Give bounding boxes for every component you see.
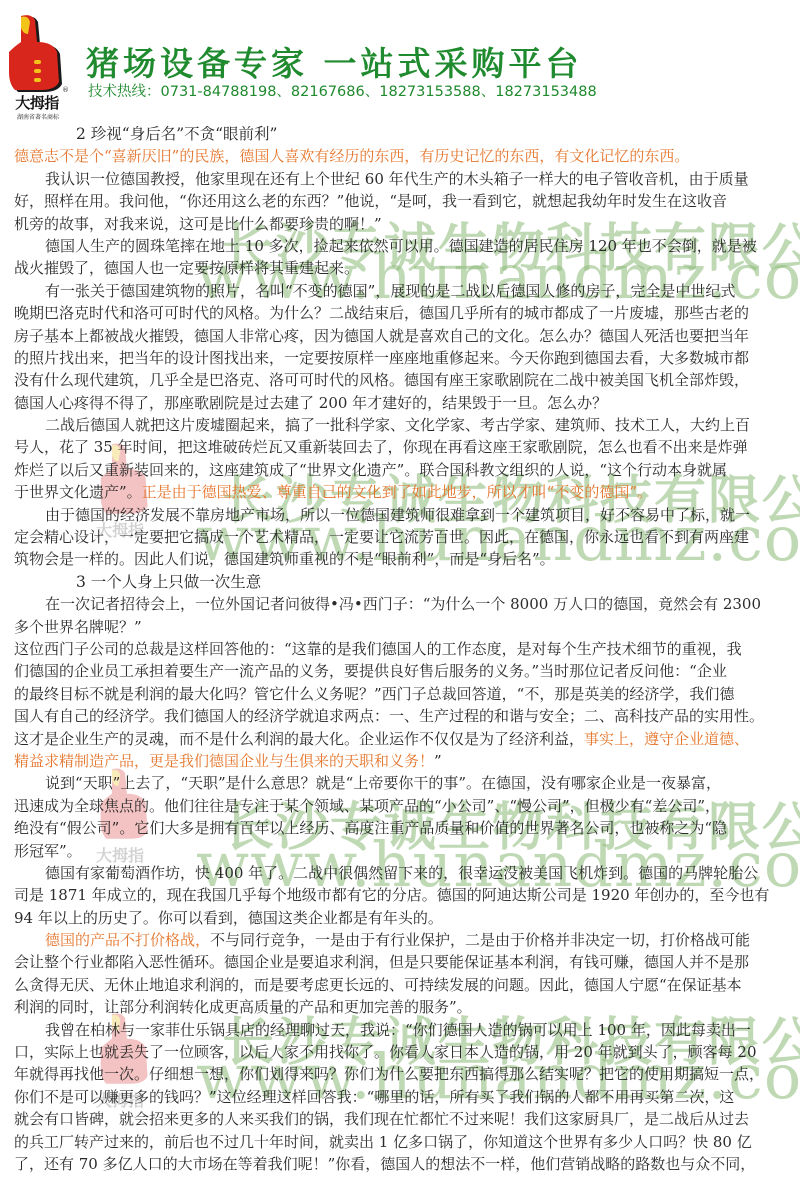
body-text: 迅速成为全球焦点的。他们往往是专注于某个领域、某项产品的“小公司”、“慢公司”，… xyxy=(14,797,720,815)
body-text: 多个世界名牌呢？” xyxy=(14,618,142,636)
body-line: 们德国的企业员工承担着要生产一流产品的义务，要提供良好售后服务的义务。”当时那位… xyxy=(14,660,786,682)
paragraph-first-line: 我认识一位德国教授，他家里现在还有上个世纪 60 年代生产的木头箱子一样大的电子… xyxy=(14,168,786,190)
body-text: 这位西门子公司的总裁是这样回答他的：“这靠的是我们德国人的工作态度，是对每个生产… xyxy=(14,640,742,658)
body-text: 年就得再找他一次。仔细想一想，你们划得来吗？你们为什么要把东西搞得那么结实呢？把… xyxy=(14,1065,764,1083)
body-line: 德国人心疼得不得了，那座歌剧院是过去建了 200 年才建好的，结果毁于一旦。怎么… xyxy=(14,392,786,414)
body-line: 就会有口皆碑，就会招来更多的人来买我们的锅，我们现在忙都忙不过来呢！我们这家厨具… xyxy=(14,1108,786,1130)
body-text: 二战后德国人就把这片废墟圈起来，搞了一批科学家、文化学家、考古学家、建筑师、技术… xyxy=(45,416,750,434)
body-line: 号人，花了 35 年时间，把这堆破砖烂瓦又重新装回去了，你现在再看这座王家歌剧院… xyxy=(14,436,786,458)
body-text: 机旁的故事，对我来说，这可是比什么都要珍贵的啊！” xyxy=(14,215,382,233)
body-line: 这才是企业生产的灵魂，而不是什么利润的最大化。企业运作不仅仅是为了经济利益，事实… xyxy=(14,728,786,750)
body-text: 炸烂了以后又重新装回来的，这座建筑成了“世界文化遗产”。联合国科教文组织的人说，… xyxy=(14,461,727,479)
body-text: 司是 1871 年成立的，现在我国几乎每个地级市都有它的分店。德国的阿迪达斯公司… xyxy=(14,886,769,904)
body-text: 形冠军”。 xyxy=(14,842,82,860)
body-text: 说到“天职”上去了，“天职”是什么意思？就是“上帝要你干的事”。在德国，没有哪家… xyxy=(45,774,721,792)
body-text: 会让整个行业都陷入恶性循环。德国企业是要追求利润，但是只要能保证基本利润，有钱可… xyxy=(14,953,749,971)
body-line: 于世界文化遗产”。正是由于德国热爱、尊重自己的文化到了如此地步，所以才叫“不变的… xyxy=(14,481,786,503)
body-text: 就会有口皆碑，就会招来更多的人来买我们的锅，我们现在忙都忙不过来呢！我们这家厨具… xyxy=(14,1110,749,1128)
body-text: 没有什么现代建筑，几乎全是巴洛克、洛可可时代的风格。德国有座王家歌剧院在二战中被… xyxy=(14,371,749,389)
body-text: 国人有自己的经济学。我们德国人的经济学就追求两点：一、生产过程的和谐与安全；二、… xyxy=(14,707,764,725)
body-line: 战火摧毁了，德国人也一定要按原样将其重建起来。 xyxy=(14,257,786,279)
section-heading: 2 珍视“身后名”不贪“眼前利” xyxy=(14,123,786,145)
body-text: 有一张关于德国建筑物的照片，名叫“不变的德国”，展现的是二战以后德国人修的房子，… xyxy=(45,282,735,300)
body-line: 的照片找出来，把当年的设计图找出来，一定要按原样一座座地重修起来。今天你跑到德国… xyxy=(14,347,786,369)
logo-subtitle: 湖南省著名商标 xyxy=(6,112,70,121)
body-line: 晚期巴洛克时代和洛可可时代的风格。为什么？二战结束后，德国几乎所有的城市都成了一… xyxy=(14,302,786,324)
paragraph-first-line: 我曾在柏林与一家菲仕乐锅具店的经理聊过天，我说：“你们德国人造的锅可以用上 10… xyxy=(14,1019,786,1041)
body-text: 房子基本上都被战火摧毁，德国人非常心疼，因为德国人就是喜欢自己的文化。怎么办？德… xyxy=(14,327,749,345)
article-body: 2 珍视“身后名”不贪“眼前利”德意志不是个“喜新厌旧”的民族，德国人喜欢有经历… xyxy=(14,123,786,1175)
highlight-line: 德意志不是个“喜新厌旧”的民族，德国人喜欢有经历的东西，有历史记忆的东西，有文化… xyxy=(14,145,786,167)
body-line: 的兵工厂转产过来的，前后也不过几十年时间，就卖出 1 亿多口锅了，你知道这个世界… xyxy=(14,1131,786,1153)
body-line: 形冠军”。 xyxy=(14,840,786,862)
body-text: 这才是企业生产的灵魂，而不是什么利润的最大化。企业运作不仅仅是为了经济利益， xyxy=(14,730,584,748)
body-text: 我认识一位德国教授，他家里现在还有上个世纪 60 年代生产的木头箱子一样大的电子… xyxy=(45,170,749,188)
paragraph-first-line: 德国有家葡萄酒作坊，快 400 年了。二战中很偶然留下来的，很幸运没被美国飞机炸… xyxy=(14,862,786,884)
highlight-text: 正是由于德国热爱、尊重自己的文化到了如此地步，所以才叫“不变的德国”。 xyxy=(142,483,652,501)
body-text: 德国人生产的圆珠笔摔在地上 10 多次，捡起来依然可以用。德国建造的居民住房 1… xyxy=(45,237,757,255)
body-line: 的最终目标不就是利润的最大化吗？管它什么义务呢？”西门子总裁回答道，“不，那是英… xyxy=(14,683,786,705)
body-text: 由于德国的经济发展不靠房地产市场，所以一位德国建筑师很难拿到一个建筑项目，好不容… xyxy=(45,506,750,524)
body-text: 德国人心疼得不得了，那座歌剧院是过去建了 200 年才建好的，结果毁于一旦。怎么… xyxy=(14,394,607,412)
body-text: 筑物会是一样的。因此人们说，德国建筑师重视的不是“眼前利”，而是“身后名”。 xyxy=(14,550,555,568)
thumbs-up-icon xyxy=(4,14,68,94)
body-text: 德国有家葡萄酒作坊，快 400 年了。二战中很偶然留下来的，很幸运没被美国飞机炸… xyxy=(45,864,758,882)
paragraph-first-line: 德国的产品不打价格战，不与同行竞争，一是由于有行业保护，二是由于价格并非决定一切… xyxy=(14,929,786,951)
body-text: 于世界文化遗产”。 xyxy=(14,483,142,501)
body-line: 机旁的故事，对我来说，这可是比什么都要珍贵的啊！” xyxy=(14,213,786,235)
highlight-text: 德国的产品不打价格战， xyxy=(45,931,210,949)
body-text: 们德国的企业员工承担着要生产一流产品的义务，要提供良好售后服务的义务。”当时那位… xyxy=(14,662,727,680)
brand-logo: 大拇指 ® 湖南省著名商标 xyxy=(4,14,68,114)
body-line: 利润的同时，让部分利润转化成更高质量的产品和更加完善的服务”。 xyxy=(14,996,786,1018)
body-line: 绝没有“假公司”。它们大多是拥有百年以上经历、高度注重产品质量和价值的世界著名公… xyxy=(14,817,786,839)
body-line: 94 年以上的历史了。你可以看到，德国这类企业都是有年头的。 xyxy=(14,907,786,929)
body-line: 没有什么现代建筑，几乎全是巴洛克、洛可可时代的风格。德国有座王家歌剧院在二战中被… xyxy=(14,369,786,391)
body-text: 的兵工厂转产过来的，前后也不过几十年时间，就卖出 1 亿多口锅了，你知道这个世界… xyxy=(14,1133,752,1151)
body-text: 绝没有“假公司”。它们大多是拥有百年以上经历、高度注重产品质量和价值的世界著名公… xyxy=(14,819,727,837)
paragraph-first-line: 德国人生产的圆珠笔摔在地上 10 多次，捡起来依然可以用。德国建造的居民住房 1… xyxy=(14,235,786,257)
body-text: 94 年以上的历史了。你可以看到，德国这类企业都是有年头的。 xyxy=(14,909,443,927)
body-line: 筑物会是一样的。因此人们说，德国建筑师重视的不是“眼前利”，而是“身后名”。 xyxy=(14,548,786,570)
heading-text: 3 一个人身上只做一次生意 xyxy=(76,573,261,591)
body-line: 房子基本上都被战火摧毁，德国人非常心疼，因为德国人就是喜欢自己的文化。怎么办？德… xyxy=(14,325,786,347)
body-text: 的最终目标不就是利润的最大化吗？管它什么义务呢？”西门子总裁回答道，“不，那是英… xyxy=(14,685,734,703)
body-line: 会让整个行业都陷入恶性循环。德国企业是要追求利润，但是只要能保证基本利润，有钱可… xyxy=(14,951,786,973)
body-line: 你们不是可以赚更多的钱吗？”这位经理这样回答我：“哪里的话，所有买了我们锅的人都… xyxy=(14,1086,786,1108)
body-line: 好，照样在用。我问他，“你还用这么老的东西？”他说，“是呵，我一看到它，就想起我… xyxy=(14,190,786,212)
body-text: 号人，花了 35 年时间，把这堆破砖烂瓦又重新装回去了，你现在再看这座王家歌剧院… xyxy=(14,438,748,456)
body-text: 好，照样在用。我问他，“你还用这么老的东西？”他说，“是呵，我一看到它，就想起我… xyxy=(14,192,727,210)
body-text: 的照片找出来，把当年的设计图找出来，一定要按原样一座座地重修起来。今天你跑到德国… xyxy=(14,349,749,367)
body-text: 我曾在柏林与一家菲仕乐锅具店的经理聊过天，我说：“你们德国人造的锅可以用上 10… xyxy=(45,1021,751,1039)
body-line: 多个世界名牌呢？” xyxy=(14,616,786,638)
body-text: 不与同行竞争，一是由于有行业保护，二是由于价格并非决定一切，打价格战可能 xyxy=(210,931,750,949)
paragraph-first-line: 由于德国的经济发展不靠房地产市场，所以一位德国建筑师很难拿到一个建筑项目，好不容… xyxy=(14,504,786,526)
body-text: 口，实际上也就丢失了一位顾客，以后人家不用找你了。你看人家日本人造的锅，用 20… xyxy=(14,1043,756,1061)
heading-text: 2 珍视“身后名”不贪“眼前利” xyxy=(76,125,278,143)
registered-mark: ® xyxy=(62,86,69,94)
body-line: 定会精心设计，一定要把它搞成一个艺术精品，一定要让它流芳百世。因此，在德国，你永… xyxy=(14,526,786,548)
body-line: 这位西门子公司的总裁是这样回答他的：“这靠的是我们德国人的工作态度，是对每个生产… xyxy=(14,638,786,660)
paragraph-first-line: 二战后德国人就把这片废墟圈起来，搞了一批科学家、文化学家、考古学家、建筑师、技术… xyxy=(14,414,786,436)
body-line: 了，还有 70 多亿人口的大市场在等着我们呢！”你看，德国人的想法不一样，他们营… xyxy=(14,1153,786,1175)
body-line: 国人有自己的经济学。我们德国人的经济学就追求两点：一、生产过程的和谐与安全；二、… xyxy=(14,705,786,727)
body-line: 炸烂了以后又重新装回来的，这座建筑成了“世界文化遗产”。联合国科教文组织的人说，… xyxy=(14,459,786,481)
highlight-text: 事实上，遵守企业道德、 xyxy=(584,730,749,748)
body-text: 么贪得无厌、无休止地追求利润的，而是要考虑更长远的、可持续发展的问题。因此，德国… xyxy=(14,976,742,994)
highlight-text: 德意志不是个“喜新厌旧”的民族，德国人喜欢有经历的东西，有历史记忆的东西，有文化… xyxy=(14,147,689,165)
body-line: 司是 1871 年成立的，现在我国几乎每个地级市都有它的分店。德国的阿迪达斯公司… xyxy=(14,884,786,906)
body-text: 定会精心设计，一定要把它搞成一个艺术精品，一定要让它流芳百世。因此，在德国，你永… xyxy=(14,528,749,546)
paragraph-first-line: 在一次记者招待会上，一位外国记者问彼得•冯•西门子：“为什么一个 8000 万人… xyxy=(14,593,786,615)
highlight-text: 精益求精制造产品，更是我们德国企业与生俱来的天职和义务！ xyxy=(14,752,434,770)
logo-brand-name: 大拇指 xyxy=(6,92,68,113)
hotline-text: 技术热线：0731-84788198、82167686、18273153588、… xyxy=(88,80,597,101)
section-heading: 3 一个人身上只做一次生意 xyxy=(14,571,786,593)
body-text: 了，还有 70 多亿人口的大市场在等着我们呢！”你看，德国人的想法不一样，他们营… xyxy=(14,1155,755,1173)
body-line: 么贪得无厌、无休止地追求利润的，而是要考虑更长远的、可持续发展的问题。因此，德国… xyxy=(14,974,786,996)
paragraph-first-line: 有一张关于德国建筑物的照片，名叫“不变的德国”，展现的是二战以后德国人修的房子，… xyxy=(14,280,786,302)
body-line: 年就得再找他一次。仔细想一想，你们划得来吗？你们为什么要把东西搞得那么结实呢？把… xyxy=(14,1063,786,1085)
paragraph-first-line: 说到“天职”上去了，“天职”是什么意思？就是“上帝要你干的事”。在德国，没有哪家… xyxy=(14,772,786,794)
body-text: 晚期巴洛克时代和洛可可时代的风格。为什么？二战结束后，德国几乎所有的城市都成了一… xyxy=(14,304,749,322)
body-text: ” xyxy=(434,752,442,770)
body-text: 你们不是可以赚更多的钱吗？”这位经理这样回答我：“哪里的话，所有买了我们锅的人都… xyxy=(14,1088,734,1106)
body-text: 在一次记者招待会上，一位外国记者问彼得•冯•西门子：“为什么一个 8000 万人… xyxy=(45,595,761,613)
page-header: 大拇指 ® 湖南省著名商标 猪场设备专家 一站式采购平台 技术热线：0731-8… xyxy=(0,0,800,118)
header-slogan: 猪场设备专家 一站式采购平台 xyxy=(86,38,583,85)
body-line: 迅速成为全球焦点的。他们往往是专注于某个领域、某项产品的“小公司”、“慢公司”，… xyxy=(14,795,786,817)
body-text: 利润的同时，让部分利润转化成更高质量的产品和更加完善的服务”。 xyxy=(14,998,472,1016)
body-line: 口，实际上也就丢失了一位顾客，以后人家不用找你了。你看人家日本人造的锅，用 20… xyxy=(14,1041,786,1063)
body-text: 战火摧毁了，德国人也一定要按原样将其重建起来。 xyxy=(14,259,359,277)
body-line: 精益求精制造产品，更是我们德国企业与生俱来的天职和义务！” xyxy=(14,750,786,772)
